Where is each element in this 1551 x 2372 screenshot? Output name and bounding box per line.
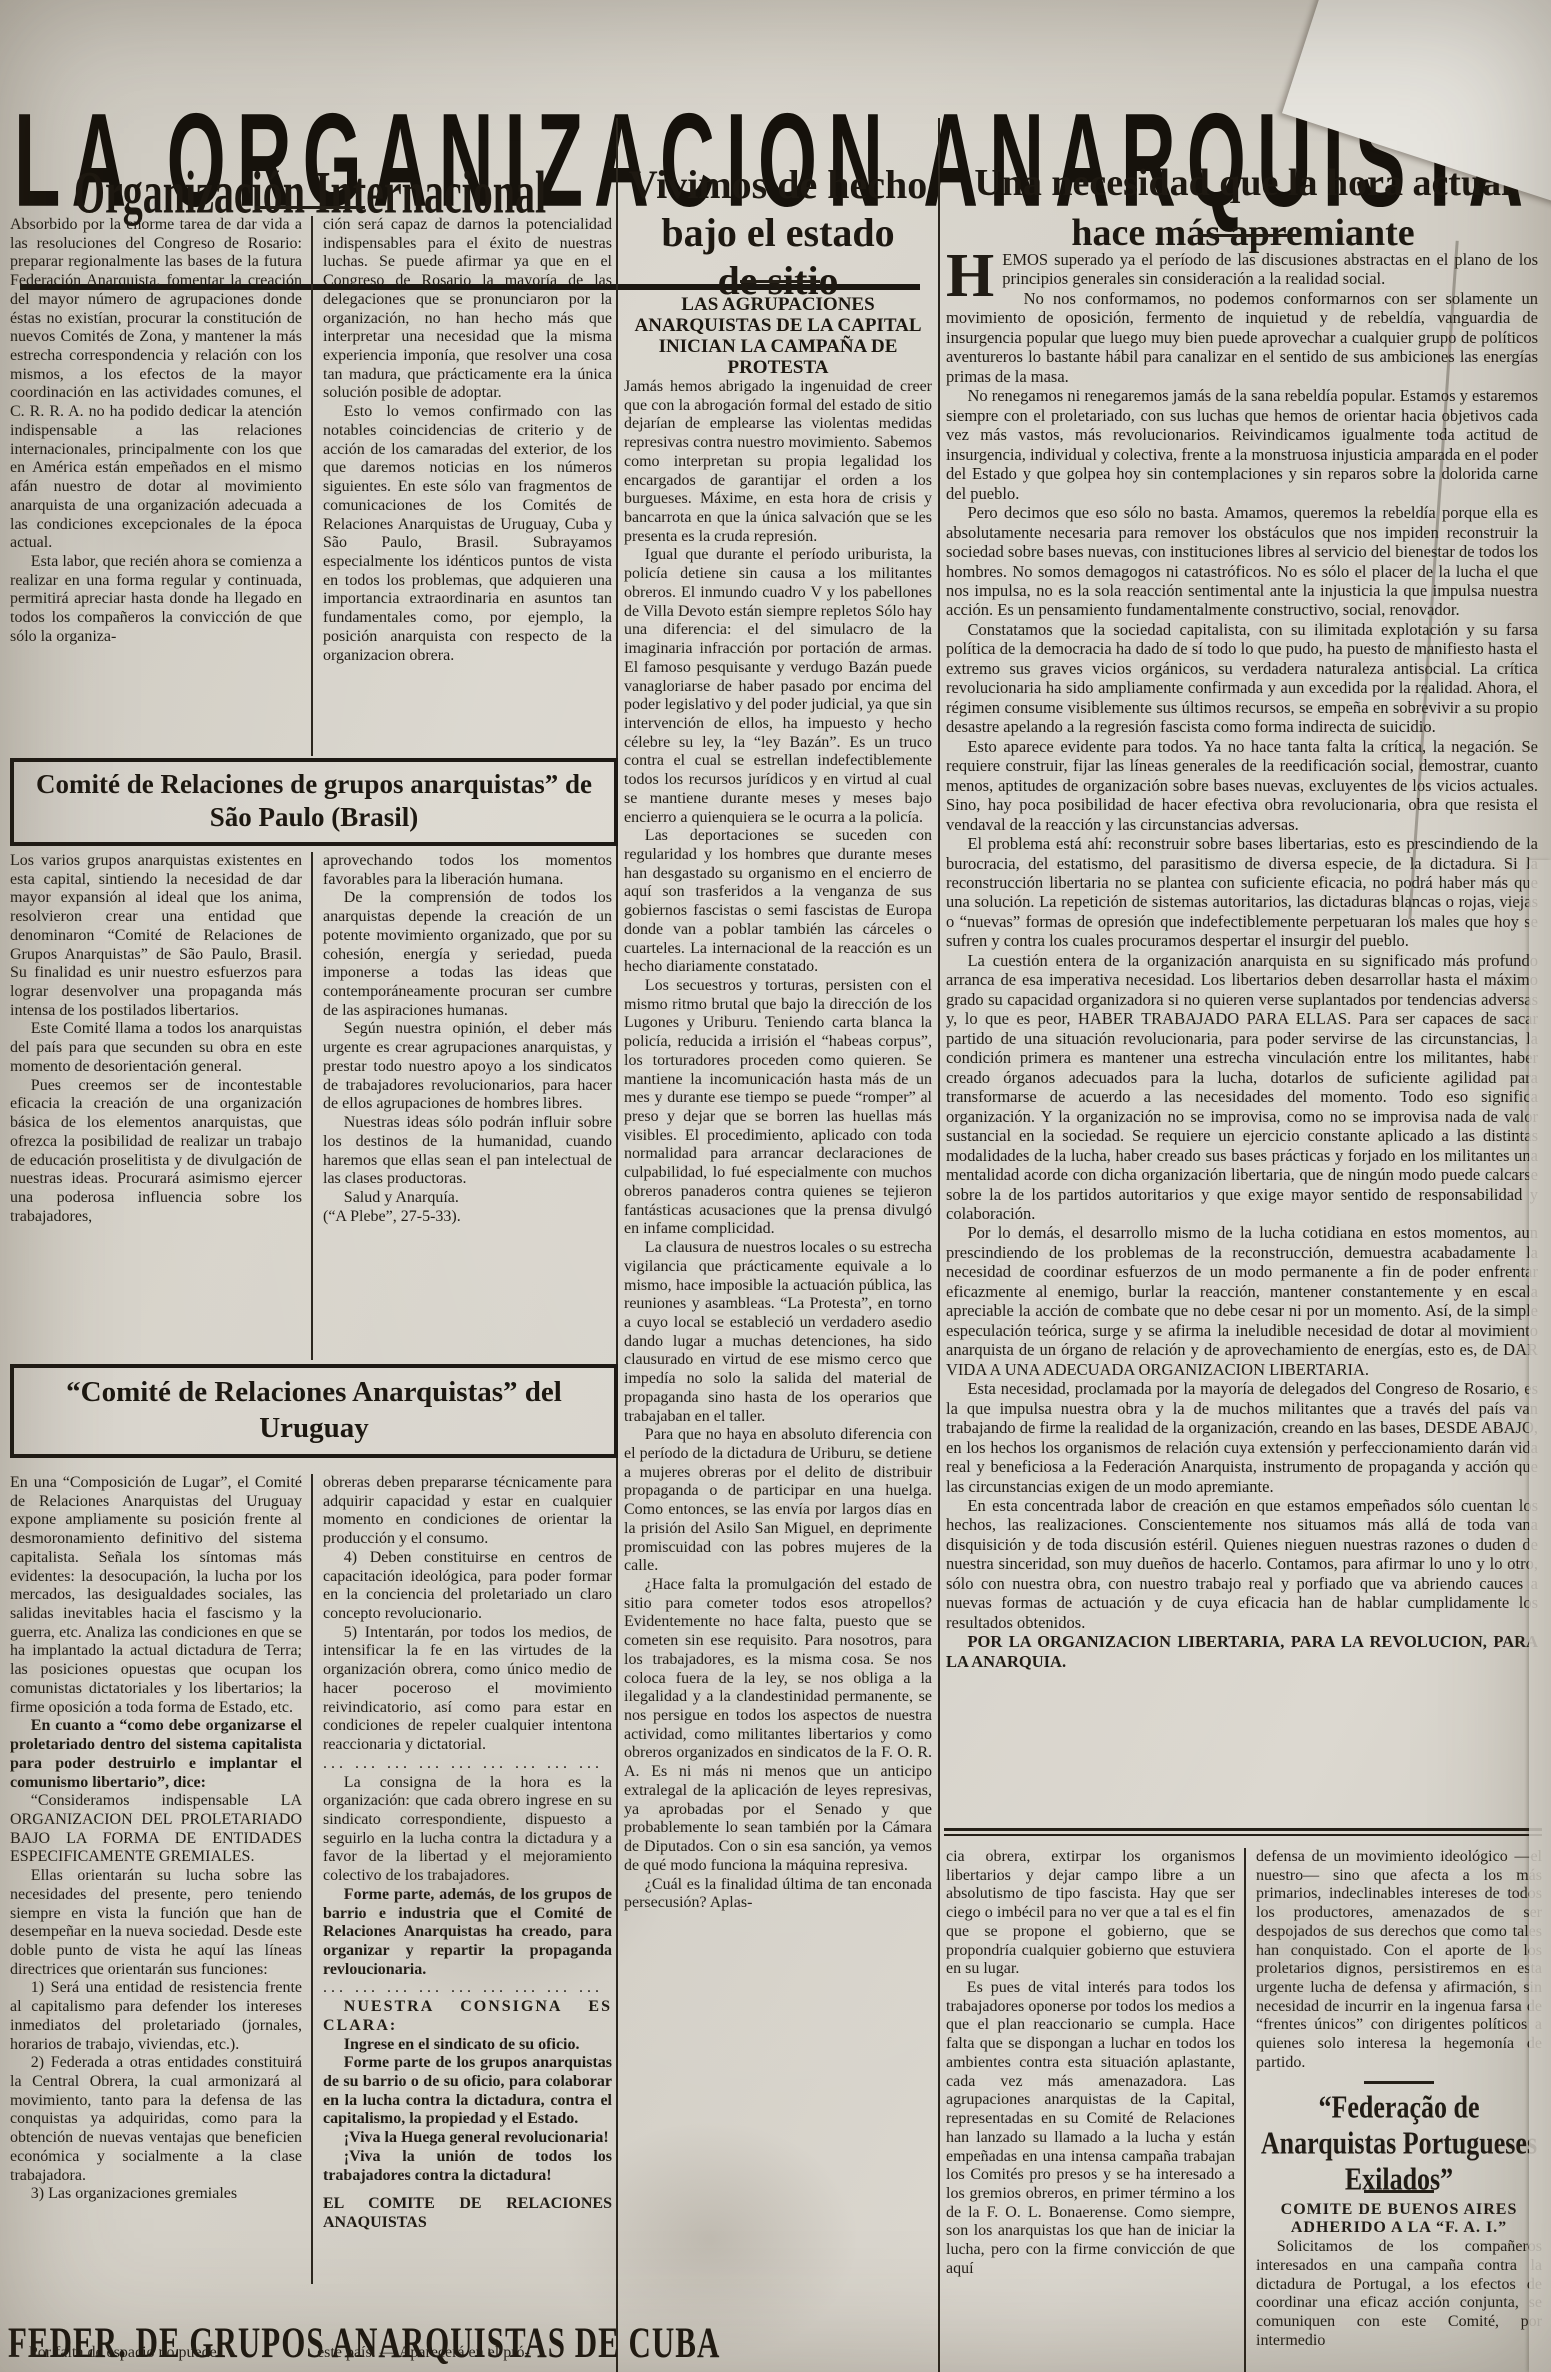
right-bottom-columns: cia obrera, extirpar los organismos libe… [944, 1848, 1544, 2372]
uruguay-col2: obreras deben prepararse técnicamente pa… [311, 1474, 614, 2284]
paragraph: aprovechando todos los momentos favorabl… [323, 852, 612, 889]
paragraph: De la comprensión de todos los anarquist… [323, 889, 612, 1020]
paragraph: Igual que durante el período uriburista,… [624, 546, 932, 827]
paragraph: Forme parte, además, de los grupos de ba… [323, 1886, 612, 1980]
paragraph: Esto aparece evidente para todos. Ya no … [946, 737, 1538, 834]
paragraph: Las deportaciones se suceden con regular… [624, 827, 932, 977]
paragraph: 4) Deben constituirse en centros de capa… [323, 1549, 612, 1624]
paragraph: ¿Hace falta la promulgación del estado d… [624, 1576, 932, 1876]
sao-paulo-col1: Los varios grupos anarquistas existentes… [8, 852, 311, 1360]
middle-title-line: bajo el estado [622, 209, 934, 257]
lead-paragraph: HEMOS superado ya el período de las disc… [946, 250, 1538, 289]
paragraph: 3) Las organizaciones gremiales [10, 2185, 302, 2204]
column-divider-left-middle [616, 118, 618, 2372]
dropcap-letter: H [946, 250, 1002, 300]
paragraph: ¡Viva la Huega general revolucionaria! [323, 2129, 612, 2148]
paragraph: En esta concentrada labor de creación en… [946, 1496, 1538, 1632]
paragraph: Este Comité llama a todos los anarquista… [10, 1020, 302, 1076]
paragraph: Para que no haya en absoluto diferencia … [624, 1426, 932, 1576]
right-bottom-divider [944, 1828, 1542, 1836]
paragraph: La consigna de la hora es la organizació… [323, 1774, 612, 1886]
paragraph: defensa de un movimiento ideológico —el … [1256, 1848, 1542, 2073]
uruguay-col1: En una “Composición de Lugar”, el Comité… [8, 1474, 311, 2284]
cuba-left-fragment: Por falta de espacio no puede [8, 2344, 305, 2372]
paragraph: Pero decimos que eso sólo no basta. Amam… [946, 503, 1538, 620]
paragraph: Los secuestros y torturas, persisten con… [624, 977, 932, 1239]
paragraph: ción será capaz de darnos la potencialid… [323, 216, 612, 403]
paragraph: Es pues de vital interés para todos los … [946, 1979, 1235, 2279]
uruguay-box-title: “Comité de Relaciones Anarquistas” del U… [24, 1374, 604, 1446]
paragraph: No renegamos ni renegaremos jamás de la … [946, 386, 1538, 503]
federacao-rule-top [1364, 2081, 1434, 2084]
paragraph: La cuestión entera de la organización an… [946, 951, 1538, 1224]
cuba-section-line: Por falta de espacio no puede este país.… [8, 2344, 614, 2372]
sao-paulo-col2: aprovechando todos los momentos favorabl… [311, 852, 614, 1360]
left-article-col1: Absorbido por la enorme tarea de dar vid… [8, 216, 311, 756]
left-article-body: Absorbido por la enorme tarea de dar vid… [8, 216, 614, 756]
right-article-title: Una necesidad que la hora actual hace má… [944, 158, 1542, 258]
paragraph: Esto lo vemos confirmado con las notable… [323, 403, 612, 665]
paragraph: Esta labor, que recién ahora se comienza… [10, 553, 302, 647]
paragraph: 2) Federada a otras entidades constituir… [10, 2054, 302, 2185]
paragraph: Salud y Anarquía. [323, 1189, 612, 1208]
right-bottom-left-col: cia obrera, extirpar los organismos libe… [944, 1848, 1244, 2372]
paragraph: Solicitamos de los compañeros interesado… [1256, 2238, 1542, 2350]
right-title-rule [1200, 234, 1300, 237]
paragraph: Los varios grupos anarquistas existentes… [10, 852, 302, 1020]
federacao-subhead: COMITE DE BUENOS AIRES ADHERIDO A LA “F.… [1256, 2201, 1542, 2238]
paragraph: Jamás hemos abrigado la ingenuidad de cr… [624, 378, 932, 546]
paragraph: Absorbido por la enorme tarea de dar vid… [10, 216, 302, 553]
middle-title-line: Vivimos de hecho [622, 161, 934, 209]
middle-title-rule [740, 280, 820, 283]
cuba-right-fragment: este país. — Aparecerá en el pró- [317, 2344, 614, 2372]
middle-article-title: Vivimos de hecho bajo el estado de sitio [622, 161, 934, 305]
right-article-body: HEMOS superado ya el período de las disc… [946, 250, 1538, 1822]
paragraph: ¡Viva la unión de todos los trabajadores… [323, 2148, 612, 2185]
paragraph: NUESTRA CONSIGNA ES CLARA: [323, 1998, 612, 2035]
newspaper-page: { "page": {"paper_color": "#d5d1c8", "in… [0, 0, 1551, 2372]
paragraph: En cuanto a “como debe organizarse el pr… [10, 1717, 302, 1792]
paragraph: Ellas orientarán su lucha sobre las nece… [10, 1867, 302, 1979]
federacao-heading: “Federação de Anarquistas Portugueses Ex… [1256, 2090, 1542, 2198]
paragraph: Ingrese en el sindicato de su oficio. [323, 2036, 612, 2055]
sao-paulo-body: Los varios grupos anarquistas existentes… [8, 852, 614, 1360]
paper-torn-edge [1529, 860, 1551, 2372]
left-article-col2: ción será capaz de darnos la potencialid… [311, 216, 614, 756]
signature: EL COMITE DE RELACIONES ANAQUISTAS [323, 2195, 612, 2232]
paragraph: Por lo demás, el desarrollo mismo de la … [946, 1223, 1538, 1379]
paragraph: Pues creemos ser de incontestable eficac… [10, 1077, 302, 1227]
paragraph: 5) Intentarán, por todos los medios, de … [323, 1624, 612, 1755]
paragraph: ¿Cuál es la finalidad última de tan enco… [624, 1876, 932, 1913]
dots-separator: ... ... ... ... ... ... ... ... ... [323, 1979, 612, 1998]
paragraph: La clausura de nuestros locales o su est… [624, 1239, 932, 1426]
middle-article-subhead: LAS AGRUPACIONES ANARQUISTAS DE LA CAPIT… [624, 294, 932, 378]
paragraph: 1) Será una entidad de resistencia frent… [10, 1979, 302, 2054]
paragraph: En una “Composición de Lugar”, el Comité… [10, 1474, 302, 1717]
paragraph: Constatamos que la sociedad capitalista,… [946, 620, 1538, 737]
right-bottom-right-col: defensa de un movimiento ideológico —el … [1244, 1848, 1544, 2372]
column-divider-middle-right [938, 118, 940, 2372]
paragraph: Forme parte de los grupos anarquistas de… [323, 2054, 612, 2129]
dots-separator: ... ... ... ... ... ... ... ... ... [323, 1755, 612, 1774]
paragraph: El problema está ahí: reconstruir sobre … [946, 834, 1538, 951]
slogan-paragraph: POR LA ORGANIZACION LIBERTARIA, PARA LA … [946, 1632, 1538, 1671]
middle-article-body: Jamás hemos abrigado la ingenuidad de cr… [624, 378, 934, 2372]
left-title-rule [255, 206, 365, 209]
paragraph: (“A Plebe”, 27-5-33). [323, 1208, 612, 1227]
sao-paulo-box: Comité de Relaciones de grupos anarquist… [10, 758, 618, 846]
uruguay-body: En una “Composición de Lugar”, el Comité… [8, 1474, 614, 2284]
paragraph: obreras deben prepararse técnicamente pa… [323, 1474, 612, 1549]
paragraph: “Consideramos indispensable LA ORGANIZAC… [10, 1792, 302, 1867]
uruguay-box: “Comité de Relaciones Anarquistas” del U… [10, 1364, 618, 1458]
sao-paulo-box-title: Comité de Relaciones de grupos anarquist… [24, 768, 604, 834]
paragraph: Esta necesidad, proclamada por la mayorí… [946, 1379, 1538, 1496]
paragraph: Nuestras ideas sólo podrán influir sobre… [323, 1114, 612, 1189]
paragraph: Según nuestra opinión, el deber más urge… [323, 1020, 612, 1114]
paragraph: cia obrera, extirpar los organismos libe… [946, 1848, 1235, 1979]
